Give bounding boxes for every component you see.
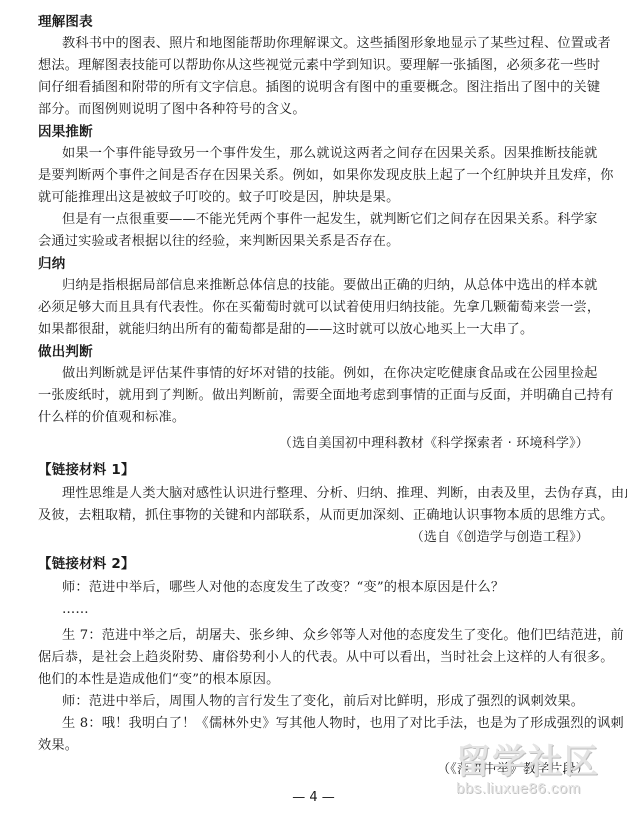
link-material-1-heading: 【链接材料 1】 bbox=[38, 462, 590, 478]
section-heading-induction: 归纳 bbox=[38, 256, 590, 272]
dialogue-line: 师：范进中举后，周围人物的言行发生了变化，前后对比鲜明，形成了强烈的讽刺效果。 bbox=[62, 694, 614, 710]
watermark-text: 留学社区 bbox=[456, 744, 616, 780]
paragraph-line: 归纳是指根据局部信息来推断总体信息的技能。要做出正确的归纳，从总体中选出的样本就 bbox=[62, 278, 614, 294]
section-heading-causal-inference: 因果推断 bbox=[38, 124, 590, 140]
ellipsis-line: …… bbox=[62, 602, 614, 618]
link-material-2-heading: 【链接材料 2】 bbox=[38, 556, 590, 572]
section-heading-making-judgments: 做出判断 bbox=[38, 344, 590, 360]
paragraph-line: 理性思维是人类大脑对感性认识进行整理、分析、归纳、推理、判断，由表及里，去伪存真… bbox=[62, 486, 614, 502]
exam-page: 理解图表 教科书中的图表、照片和地图能帮助你理解课文。这些插图形象地显示了某些过… bbox=[0, 0, 627, 813]
paragraph-line: 是要判断两个事件之间是否存在因果关系。例如，如果你发现皮肤上起了一个红肿块并且发… bbox=[38, 168, 590, 184]
dialogue-line: 倨后恭，是社会上趋炎附势、庸俗势利小人的代表。从中可以看出，当时社会上这样的人有… bbox=[38, 650, 590, 666]
paragraph-line: 教科书中的图表、照片和地图能帮助你理解课文。这些插图形象地显示了某些过程、位置或… bbox=[62, 36, 614, 52]
dialogue-line: 师：范进中举后，哪些人对他的态度发生了改变？“变”的根本原因是什么？ bbox=[62, 580, 614, 596]
paragraph-line: 必须足够大而且具有代表性。你在买葡萄时就可以试着使用归纳技能。先拿几颗葡萄来尝一… bbox=[38, 300, 590, 316]
paragraph-line: 什么样的价值观和标准。 bbox=[38, 410, 590, 426]
paragraph-line: 但是有一点很重要——不能光凭两个事件一起发生，就判断它们之间存在因果关系。科学家 bbox=[62, 212, 614, 228]
paragraph-line: 如果一个事件能导致另一个事件发生，那么就说这两者之间存在因果关系。因果推断技能就 bbox=[62, 146, 614, 162]
paragraph-line: 想法。理解图表技能可以帮助你从这些视觉元素中学到知识。要理解一张插图，必须多花一… bbox=[38, 58, 590, 74]
watermark-url: bbs.liuxue86.com bbox=[456, 780, 616, 797]
source-citation: （选自美国初中理科教材《科学探索者 · 环境科学》） bbox=[279, 436, 589, 452]
section-heading-understanding-charts: 理解图表 bbox=[38, 14, 590, 30]
paragraph-line: 及彼，去粗取精，抓住事物的关键和内部联系，从而更加深刻、正确地认识事物本质的思维… bbox=[38, 508, 590, 524]
dialogue-line: 生 7：范进中举之后，胡屠夫、张乡绅、众乡邻等人对他的态度发生了变化。他们巴结范… bbox=[62, 628, 614, 644]
dialogue-line: 他们的本性是造成他们“变”的根本原因。 bbox=[38, 672, 590, 688]
paragraph-line: 会通过实验或者根据以往的经验，来判断因果关系是否存在。 bbox=[38, 234, 590, 250]
dialogue-line: 生 8：哦！我明白了！《儒林外史》写其他人物时，也用了对比手法，也是为了形成强烈… bbox=[62, 716, 614, 732]
paragraph-line: 做出判断就是评估某件事情的好坏对错的技能。例如，在你决定吃健康食品或在公园里捡起 bbox=[62, 366, 614, 382]
source-citation: （选自《创造学与创造工程》） bbox=[411, 530, 589, 546]
paragraph-line: 就可能推理出这是被蚊子叮咬的。蚊子叮咬是因，肿块是果。 bbox=[38, 190, 590, 206]
paragraph-line: 部分。而图例则说明了图中各种符号的含义。 bbox=[38, 102, 590, 118]
paragraph-line: 如果都很甜，就能归纳出所有的葡萄都是甜的——这时就可以放心地买上一大串了。 bbox=[38, 322, 590, 338]
paragraph-line: 间仔细看插图和附带的所有文字信息。插图的说明含有图中的重要概念。图注指出了图中的… bbox=[38, 80, 590, 96]
watermark-logo: 留学社区 bbs.liuxue86.com bbox=[456, 744, 616, 804]
paragraph-line: 一张废纸时，就用到了判断。做出判断前，需要全面地考虑到事情的正面与反面，并明确自… bbox=[38, 388, 590, 404]
